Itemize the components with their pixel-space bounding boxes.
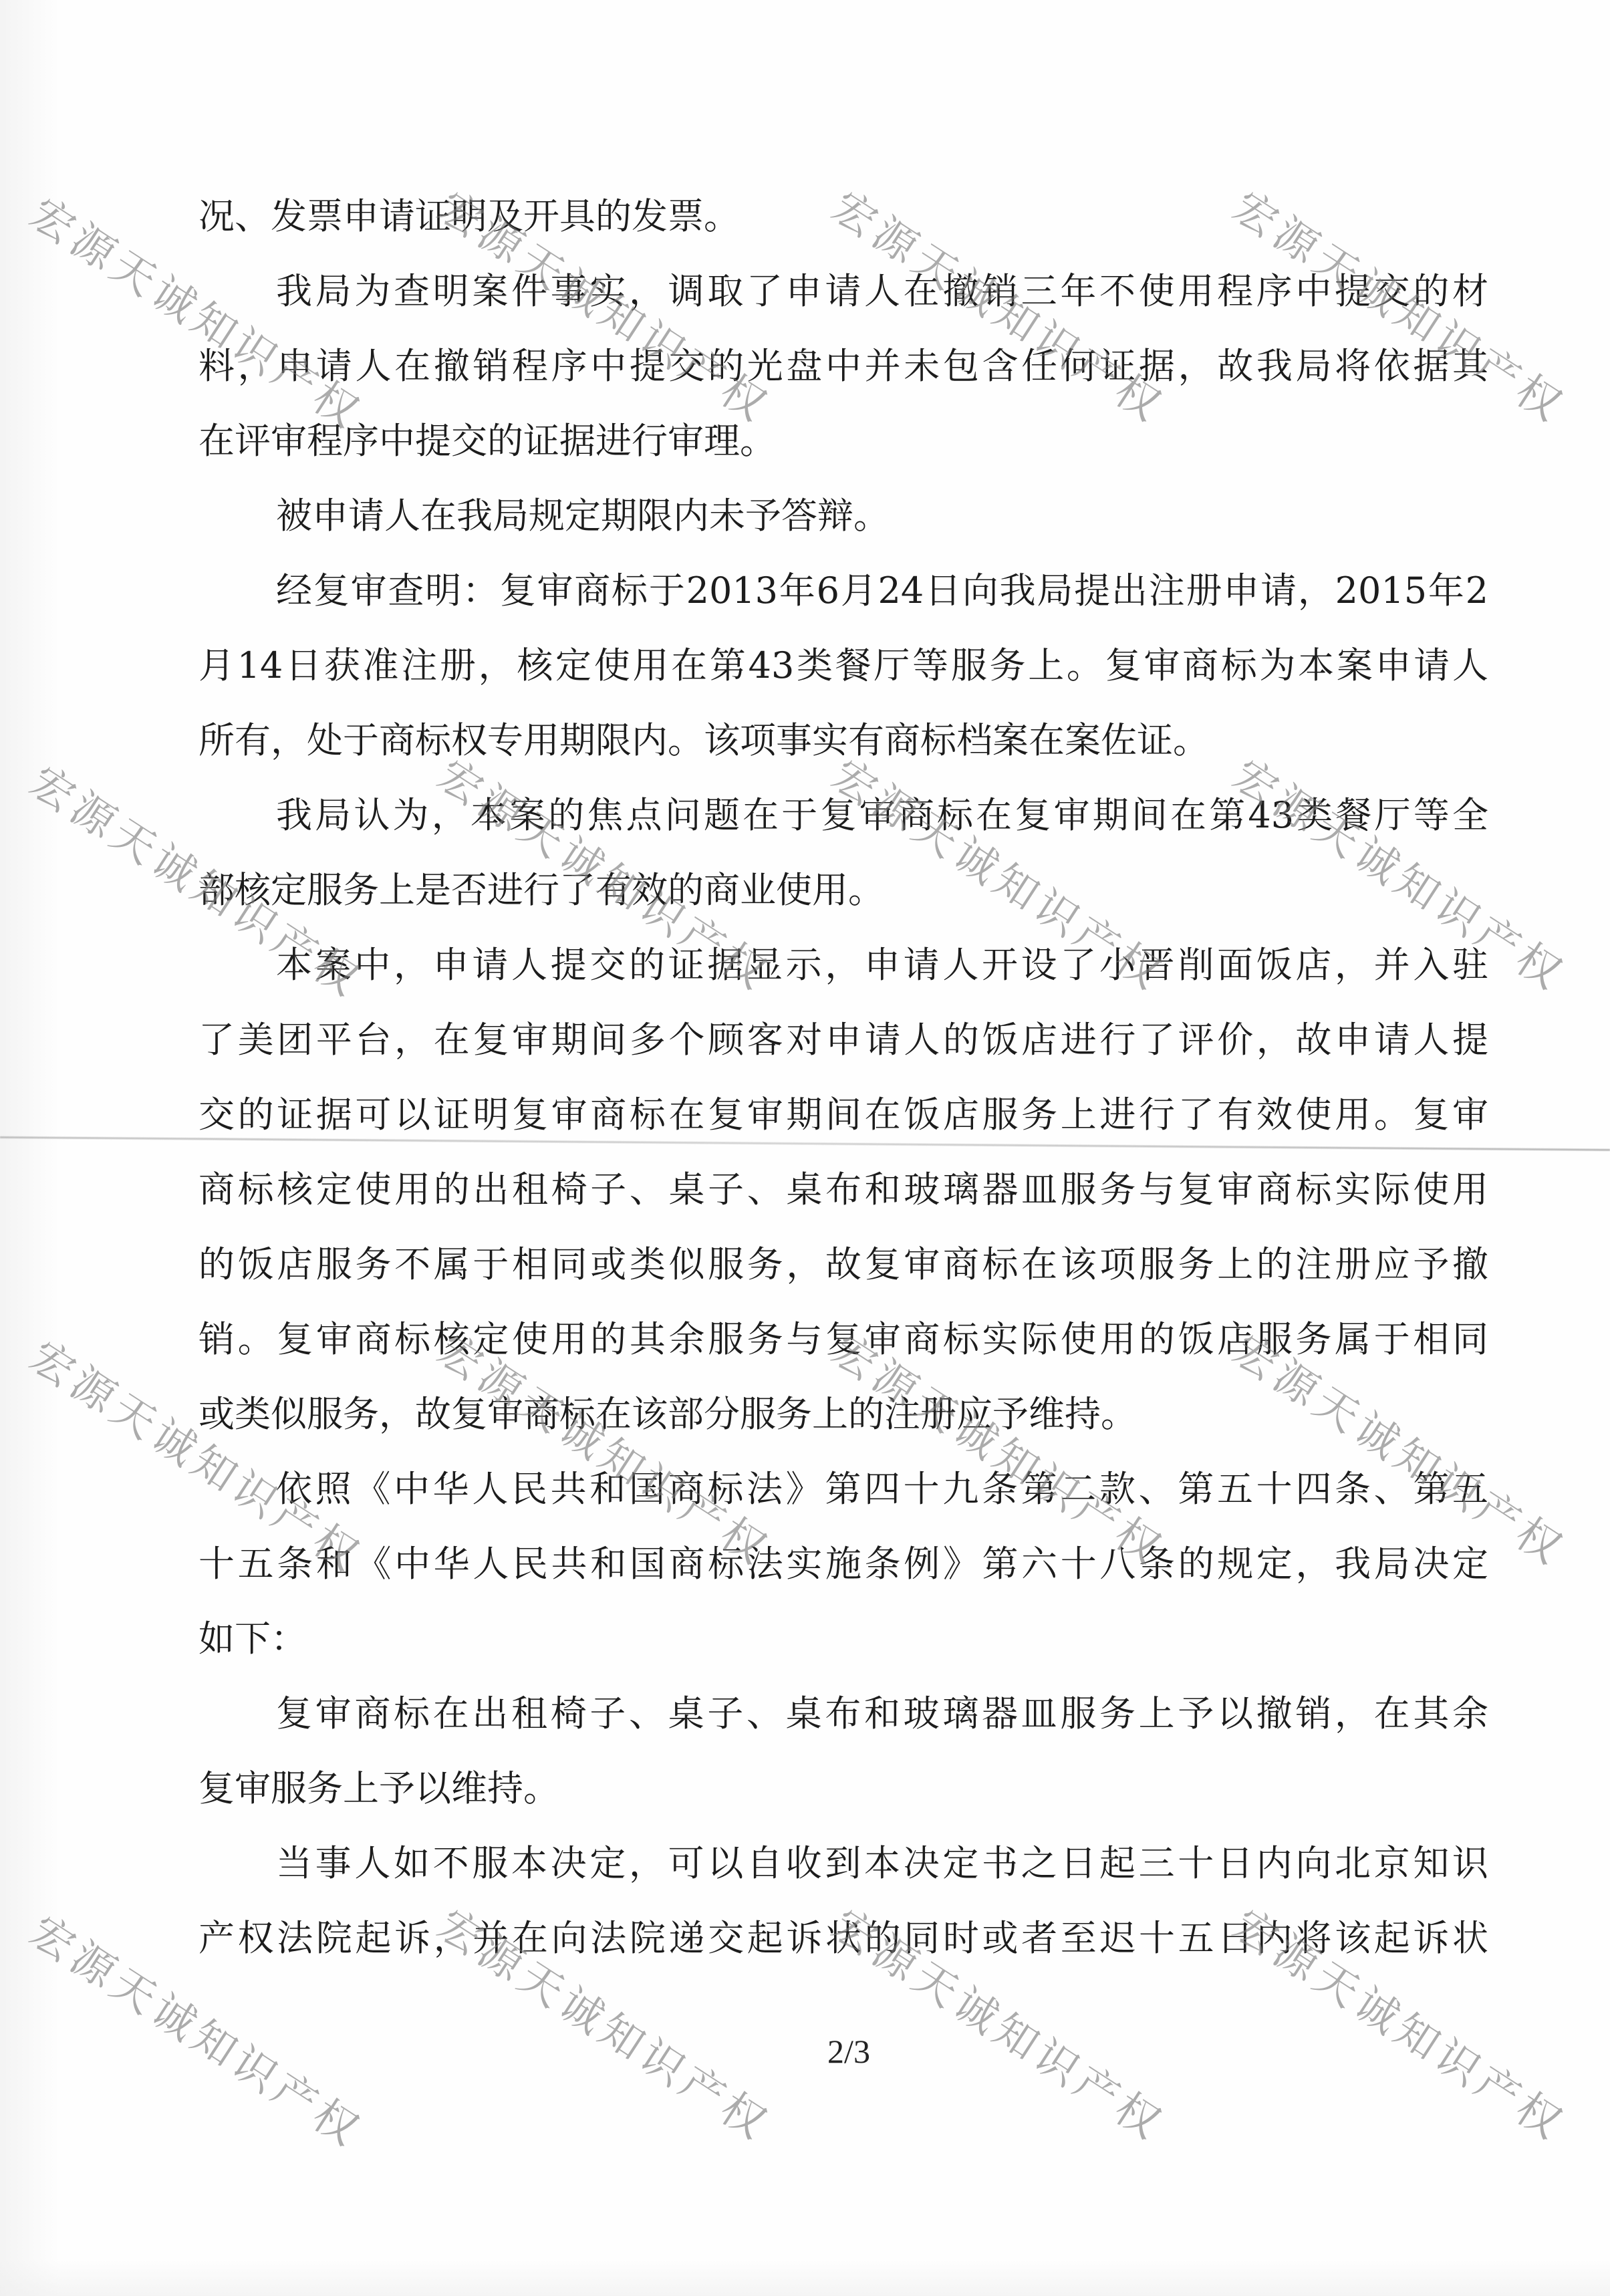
text-line: 所有，处于商标权专用期限内。该项事实有商标档案在案佐证。 [198, 719, 1488, 794]
text-line: 复审服务上予以维持。 [198, 1767, 1488, 1842]
text-line: 交的证据可以证明复审商标在复审期间在饭店服务上进行了有效使用。复审 [198, 1094, 1488, 1168]
text-line: 料，申请人在撤销程序中提交的光盘中并未包含任何证据，故我局将依据其 [198, 345, 1488, 420]
text-line: 或类似服务，故复审商标在该部分服务上的注册应予维持。 [198, 1393, 1488, 1468]
text-line: 况、发票申请证明及开具的发票。 [198, 195, 1488, 270]
text-line: 被申请人在我局规定期限内未予答辩。 [198, 495, 1488, 569]
page-number: 2/3 [802, 2032, 896, 2071]
text-line: 我局认为，本案的焦点问题在于复审商标在复审期间在第43类餐厅等全 [198, 794, 1488, 869]
text-line: 本案中，申请人提交的证据显示，申请人开设了小晋削面饭店，并入驻 [198, 944, 1488, 1019]
text-line: 商标核定使用的出租椅子、桌子、桌布和玻璃器皿服务与复审商标实际使用 [198, 1168, 1488, 1243]
text-line: 十五条和《中华人民共和国商标法实施条例》第六十八条的规定，我局决定 [198, 1543, 1488, 1618]
text-line: 月14日获准注册，核定使用在第43类餐厅等服务上。复审商标为本案申请人 [198, 644, 1488, 719]
text-line: 部核定服务上是否进行了有效的商业使用。 [198, 869, 1488, 944]
scan-edge-shadow [0, 0, 60, 2296]
text-line: 复审商标在出租椅子、桌子、桌布和玻璃器皿服务上予以撤销，在其余 [198, 1692, 1488, 1767]
text-line: 我局为查明案件事实，调取了申请人在撤销三年不使用程序中提交的材 [198, 270, 1488, 345]
document-page: 况、发票申请证明及开具的发票。 我局为查明案件事实，调取了申请人在撤销三年不使用… [0, 0, 1610, 2296]
scan-bottom-shadow [0, 2259, 1610, 2296]
text-line: 了美团平台，在复审期间多个顾客对申请人的饭店进行了评价，故申请人提 [198, 1019, 1488, 1094]
text-line: 如下： [198, 1618, 1488, 1692]
text-line: 经复审查明：复审商标于2013年6月24日向我局提出注册申请，2015年2 [198, 569, 1488, 644]
text-line: 销。复审商标核定使用的其余服务与复审商标实际使用的饭店服务属于相同 [198, 1318, 1488, 1393]
text-line: 产权法院起诉，并在向法院递交起诉状的同时或者至迟十五日内将该起诉状 [198, 1917, 1488, 1992]
text-line: 的饭店服务不属于相同或类似服务，故复审商标在该项服务上的注册应予撤 [198, 1243, 1488, 1318]
text-line: 依照《中华人民共和国商标法》第四十九条第二款、第五十四条、第五 [198, 1468, 1488, 1543]
text-line: 当事人如不服本决定，可以自收到本决定书之日起三十日内向北京知识 [198, 1842, 1488, 1917]
text-line: 在评审程序中提交的证据进行审理。 [198, 420, 1488, 495]
